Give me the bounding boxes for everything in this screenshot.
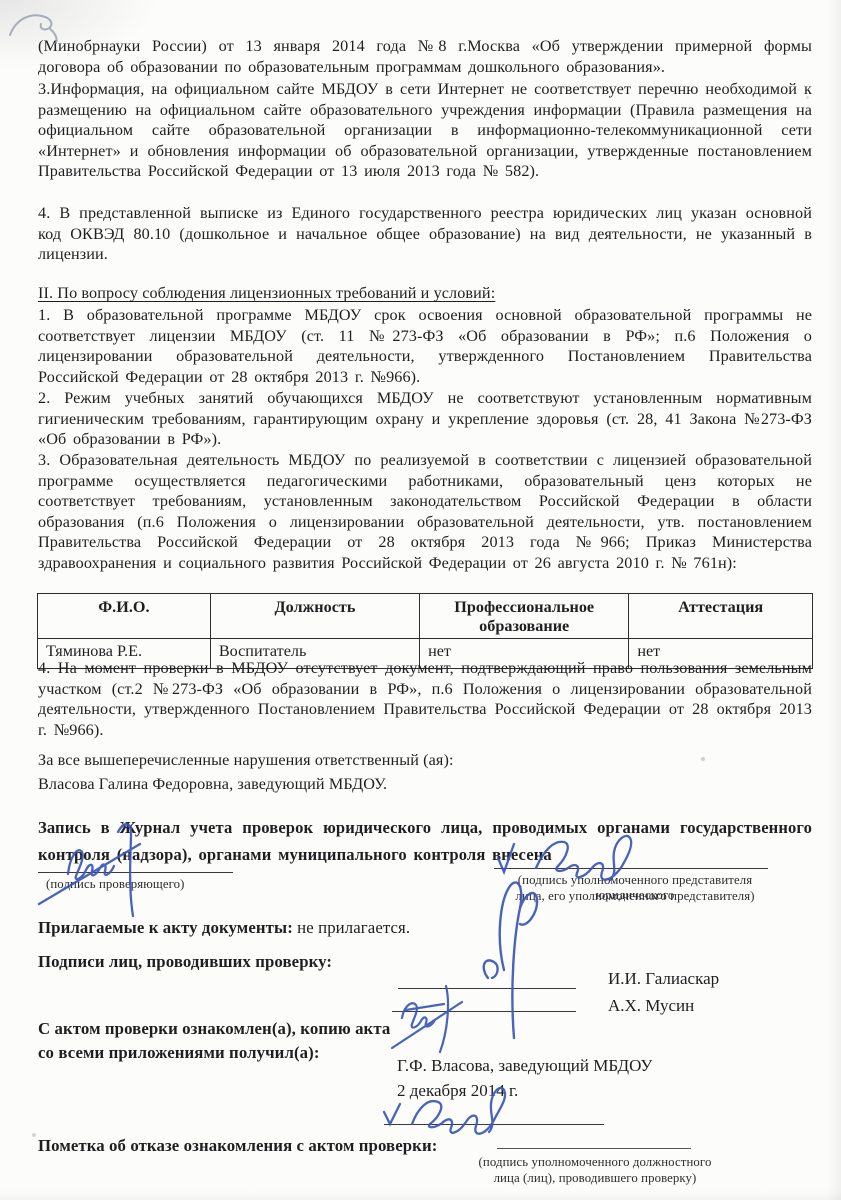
scan-bottom-edge-shadow (0, 1190, 841, 1200)
attachments-value: не прилагается. (293, 918, 410, 937)
paragraph-item4-okved: 4. В представленной выписке из Единого г… (38, 203, 812, 265)
acknowledgement-handwritten-signature (376, 1078, 526, 1138)
scan-speckle (806, 96, 809, 99)
inspector1-name: И.И. Галиаскар (608, 969, 719, 989)
header-attestation: Аттестация (629, 594, 813, 639)
staff-table-header-row: Ф.И.О. Должность Профессиональное образо… (38, 594, 813, 639)
attachments-row: Прилагаемые к акту документы: не прилага… (38, 918, 812, 939)
scan-speckle (32, 1133, 36, 1137)
responsible-intro: За все вышеперечисленные нарушения ответ… (38, 748, 812, 772)
journal-entry-note: Запись в Журнал учета проверок юридическ… (38, 814, 812, 868)
acknowledgement-name: Г.Ф. Власова, заведующий МБДОУ (397, 1056, 652, 1076)
paragraph-intro-order-reference: (Минобрнауки России) от 13 января 2014 г… (38, 36, 812, 77)
section2-item2: 2. Режим учебных занятий обучающихся МБД… (38, 388, 812, 450)
inspector-signature (34, 812, 146, 924)
scanned-document-page: { "doc": { "p_intro": "(Минобрнауки Росс… (0, 0, 841, 1200)
section2-item3: 3. Образовательная деятельность МБДОУ по… (38, 450, 812, 574)
header-position: Должность (210, 594, 419, 639)
refusal-signature-line (497, 1148, 691, 1149)
section2-item4: 4. На момент проверки в МБДОУ отсутствуе… (38, 658, 812, 740)
section2-item1: 1. В образовательной программе МБДОУ сро… (38, 305, 812, 387)
inspector2-handwritten-signature (386, 978, 486, 1058)
header-education: Профессиональное образование (420, 594, 629, 639)
scan-right-edge-shadow (827, 0, 841, 1200)
refusal-caption-line1: (подпись уполномоченного должностного (470, 1155, 720, 1170)
corner-pen-mark (4, 5, 79, 50)
paragraph-item3-website-info: 3.Информация, на официальном сайте МБДОУ… (38, 79, 812, 182)
section2-heading: II. По вопросу соблюдения лицензионных т… (38, 283, 812, 304)
representative-signature (488, 828, 668, 883)
refusal-caption-line2: лица (лиц), проводившего проверку) (470, 1171, 720, 1186)
refusal-label: Пометка об отказе ознакомления с актом п… (38, 1136, 488, 1157)
inspector2-name: А.Х. Мусин (608, 996, 694, 1016)
scan-speckle (701, 757, 705, 761)
responsible-name: Власова Галина Федоровна, заведующий МБД… (38, 772, 812, 796)
header-fio: Ф.И.О. (38, 594, 211, 639)
